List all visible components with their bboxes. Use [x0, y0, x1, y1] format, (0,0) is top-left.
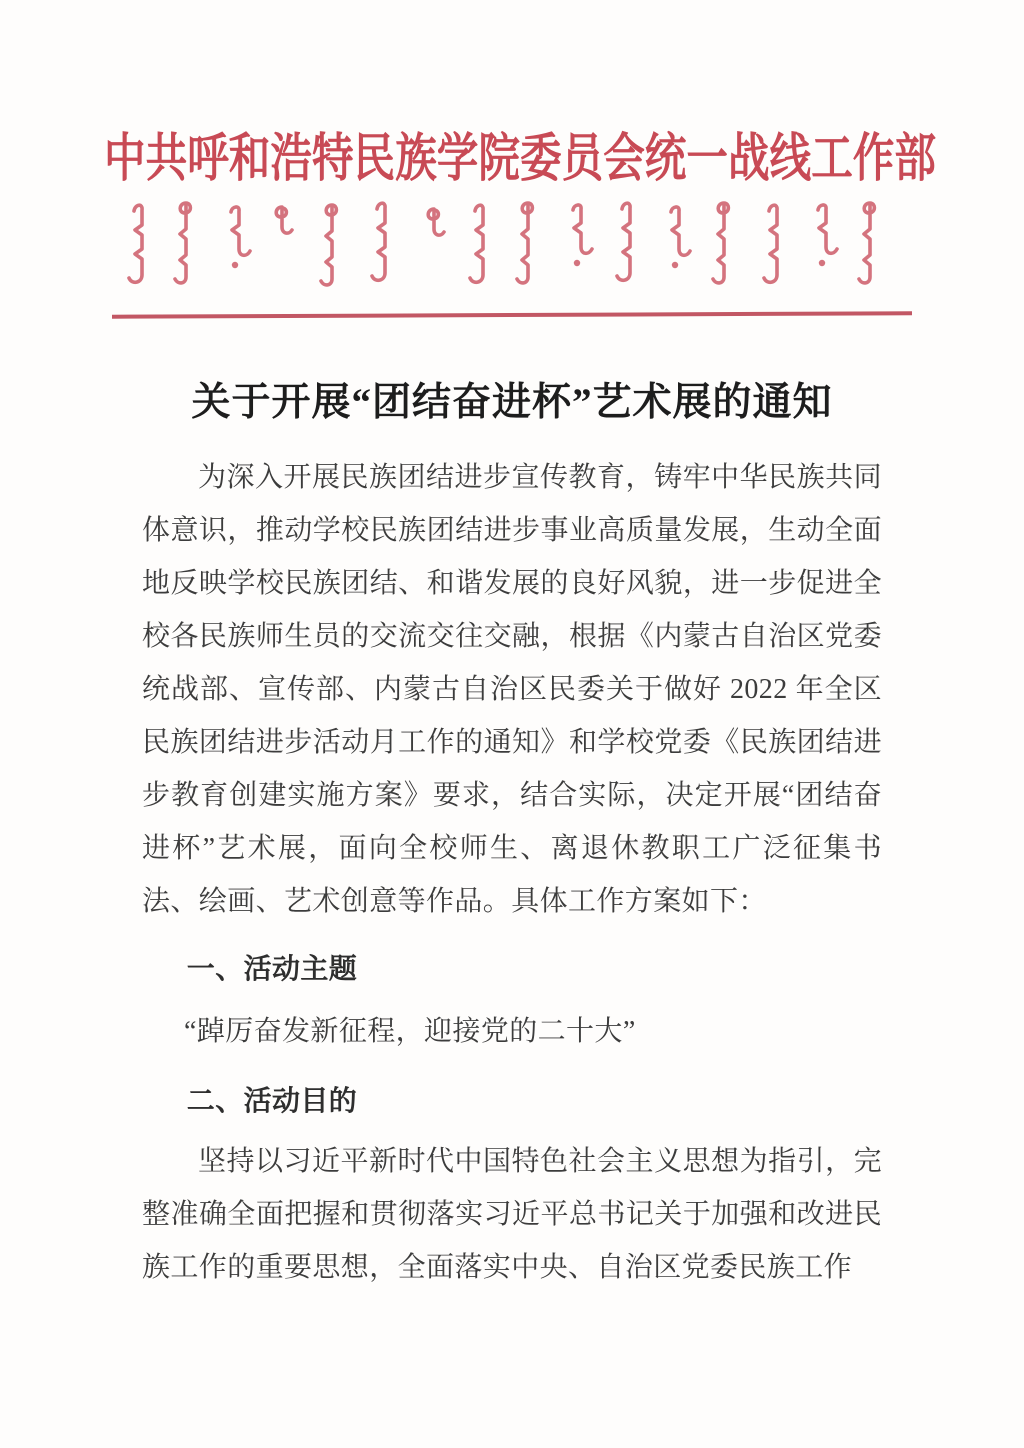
section-1-theme: “踔厉奋发新征程，迎接党的二十大” [142, 1005, 882, 1058]
document-page: 中共呼和浩特民族学院委员会统一战线工作部 [0, 0, 1024, 1448]
letterhead: 中共呼和浩特民族学院委员会统一战线工作部 [0, 0, 1024, 191]
section-2-heading: 二、活动目的 [142, 1074, 882, 1127]
intro-paragraph: 为深入开展民族团结进步宣传教育，铸牢中华民族共同体意识，推动学校民族团结进步事业… [142, 451, 882, 928]
notice-title: 关于开展“团结奋进杯”艺术展的通知 [0, 371, 1024, 427]
notice-body: 为深入开展民族团结进步宣传教育，铸牢中华民族共同体意识，推动学校民族团结进步事业… [142, 451, 882, 1294]
org-name: 中共呼和浩特民族学院委员会统一战线工作部 [104, 116, 936, 191]
divider-rule [112, 311, 912, 318]
mongolian-script-icon [122, 199, 902, 293]
mongolian-script-row [0, 199, 1024, 295]
purpose-paragraph: 坚持以习近平新时代中国特色社会主义思想为指引，完整准确全面把握和贯彻落实习近平总… [142, 1135, 882, 1294]
section-1-heading: 一、活动主题 [142, 942, 882, 995]
